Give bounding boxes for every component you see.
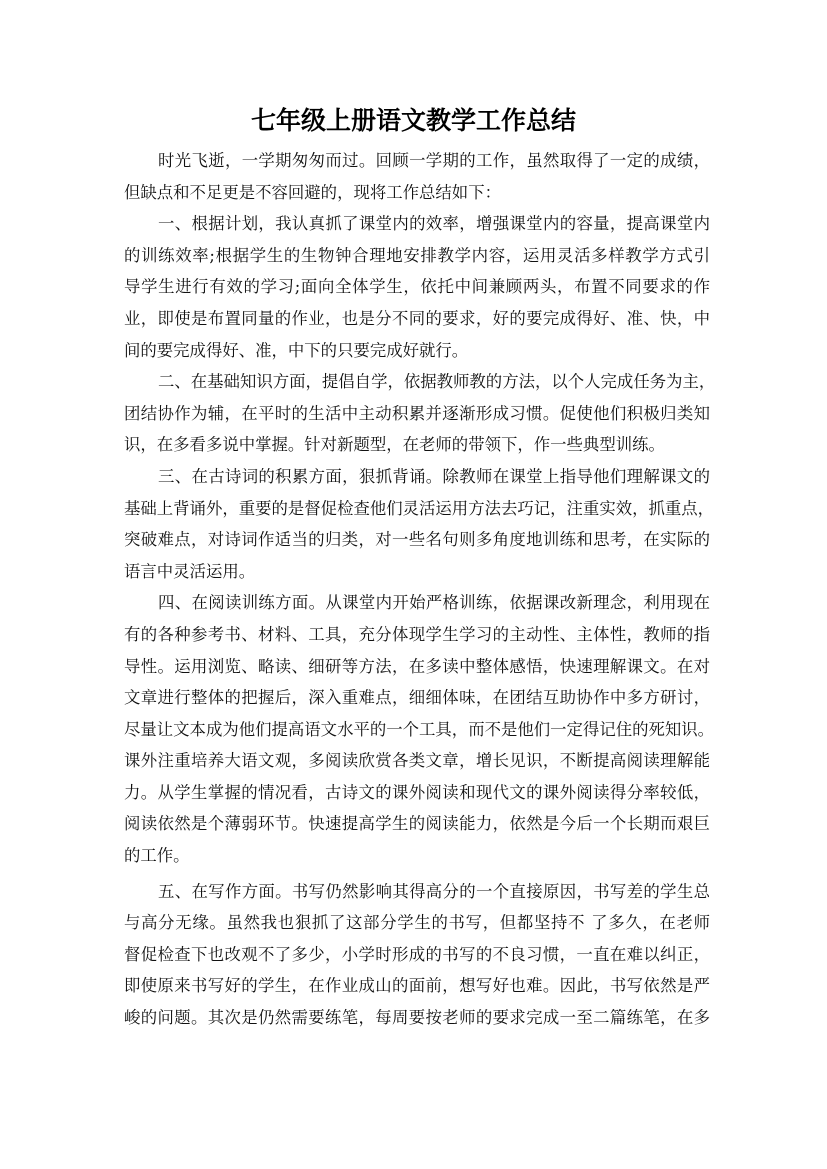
text-line: 团结协作为辅，在平时的生活中主动积累并逐渐形成习惯。促使他们积极归类知: [124, 398, 710, 430]
text-line: 导学生进行有效的学习;面向全体学生，依托中间兼顾两头，布置不同要求的作: [124, 271, 710, 303]
paragraph-4: 四、在阅读训练方面。从课堂内开始严格训练，依据课改新理念，利用现在 有的各种参考…: [124, 587, 710, 871]
text-line: 语言中灵活运用。: [124, 556, 710, 588]
document-title: 七年级上册语文教学工作总结: [0, 103, 827, 139]
document-body: 时光飞逝，一学期匆匆而过。回顾一学期的工作，虽然取得了一定的成绩， 但缺点和不足…: [124, 145, 710, 1034]
paragraph-intro: 时光飞逝，一学期匆匆而过。回顾一学期的工作，虽然取得了一定的成绩， 但缺点和不足…: [124, 145, 710, 208]
paragraph-5: 五、在写作方面。书写仍然影响其得高分的一个直接原因，书写差的学生总 与高分无缘。…: [124, 876, 710, 1034]
text-line: 一、根据计划，我认真抓了课堂内的效率，增强课堂内的容量，提高课堂内: [124, 208, 710, 240]
text-line: 五、在写作方面。书写仍然影响其得高分的一个直接原因，书写差的学生总: [124, 876, 710, 908]
text-line: 基础上背诵外，重要的是督促检查他们灵活运用方法去巧记，注重实效，抓重点，: [124, 493, 710, 525]
text-line: 力。从学生掌握的情况看，古诗文的课外阅读和现代文的课外阅读得分率较低，: [124, 777, 710, 809]
text-line: 间的要完成得好、准，中下的只要完成好就行。: [124, 335, 710, 367]
text-line: 时光飞逝，一学期匆匆而过。回顾一学期的工作，虽然取得了一定的成绩，: [124, 145, 710, 177]
text-line: 峻的问题。其次是仍然需要练笔，每周要按老师的要求完成一至二篇练笔，在多: [124, 1002, 710, 1034]
text-line: 识，在多看多说中掌握。针对新题型，在老师的带领下，作一些典型训练。: [124, 429, 710, 461]
paragraph-2: 二、在基础知识方面，提倡自学，依据教师教的方法，以个人完成任务为主， 团结协作为…: [124, 366, 710, 461]
text-line: 导性。运用浏览、略读、细研等方法，在多读中整体感悟，快速理解课文。在对: [124, 651, 710, 683]
text-line: 与高分无缘。虽然我也狠抓了这部分学生的书写，但都坚持不 了多久，在老师: [124, 907, 710, 939]
paragraph-1: 一、根据计划，我认真抓了课堂内的效率，增强课堂内的容量，提高课堂内 的训练效率;…: [124, 208, 710, 366]
text-line: 尽量让文本成为他们提高语文水平的一个工具，而不是他们一定得记住的死知识。: [124, 714, 710, 746]
text-line: 的训练效率;根据学生的生物钟合理地安排教学内容，运用灵活多样教学方式引: [124, 240, 710, 272]
text-line: 的工作。: [124, 840, 710, 872]
document-page: 七年级上册语文教学工作总结 时光飞逝，一学期匆匆而过。回顾一学期的工作，虽然取得…: [0, 0, 827, 1169]
text-line: 四、在阅读训练方面。从课堂内开始严格训练，依据课改新理念，利用现在: [124, 587, 710, 619]
text-line: 督促检查下也改观不了多少，小学时形成的书写的不良习惯，一直在难以纠正，: [124, 939, 710, 971]
text-line: 文章进行整体的把握后，深入重难点，细细体味，在团结互助协作中多方研讨，: [124, 682, 710, 714]
text-line: 课外注重培养大语文观，多阅读欣赏各类文章，增长见识，不断提高阅读理解能: [124, 745, 710, 777]
text-line: 业，即使是布置同量的作业，也是分不同的要求，好的要完成得好、准、快，中: [124, 303, 710, 335]
text-line: 二、在基础知识方面，提倡自学，依据教师教的方法，以个人完成任务为主，: [124, 366, 710, 398]
text-line: 有的各种参考书、材料、工具，充分体现学生学习的主动性、主体性，教师的指: [124, 619, 710, 651]
text-line: 三、在古诗词的积累方面，狠抓背诵。除教师在课堂上指导他们理解课文的: [124, 461, 710, 493]
text-line: 阅读依然是个薄弱环节。快速提高学生的阅读能力，依然是今后一个长期而艰巨: [124, 808, 710, 840]
text-line: 即使原来书写好的学生，在作业成山的面前，想写好也难。因此，书写依然是严: [124, 970, 710, 1002]
paragraph-3: 三、在古诗词的积累方面，狠抓背诵。除教师在课堂上指导他们理解课文的 基础上背诵外…: [124, 461, 710, 587]
text-line: 但缺点和不足更是不容回避的，现将工作总结如下：: [124, 177, 710, 209]
text-line: 突破难点，对诗词作适当的归类，对一些名句则多角度地训练和思考，在实际的: [124, 524, 710, 556]
